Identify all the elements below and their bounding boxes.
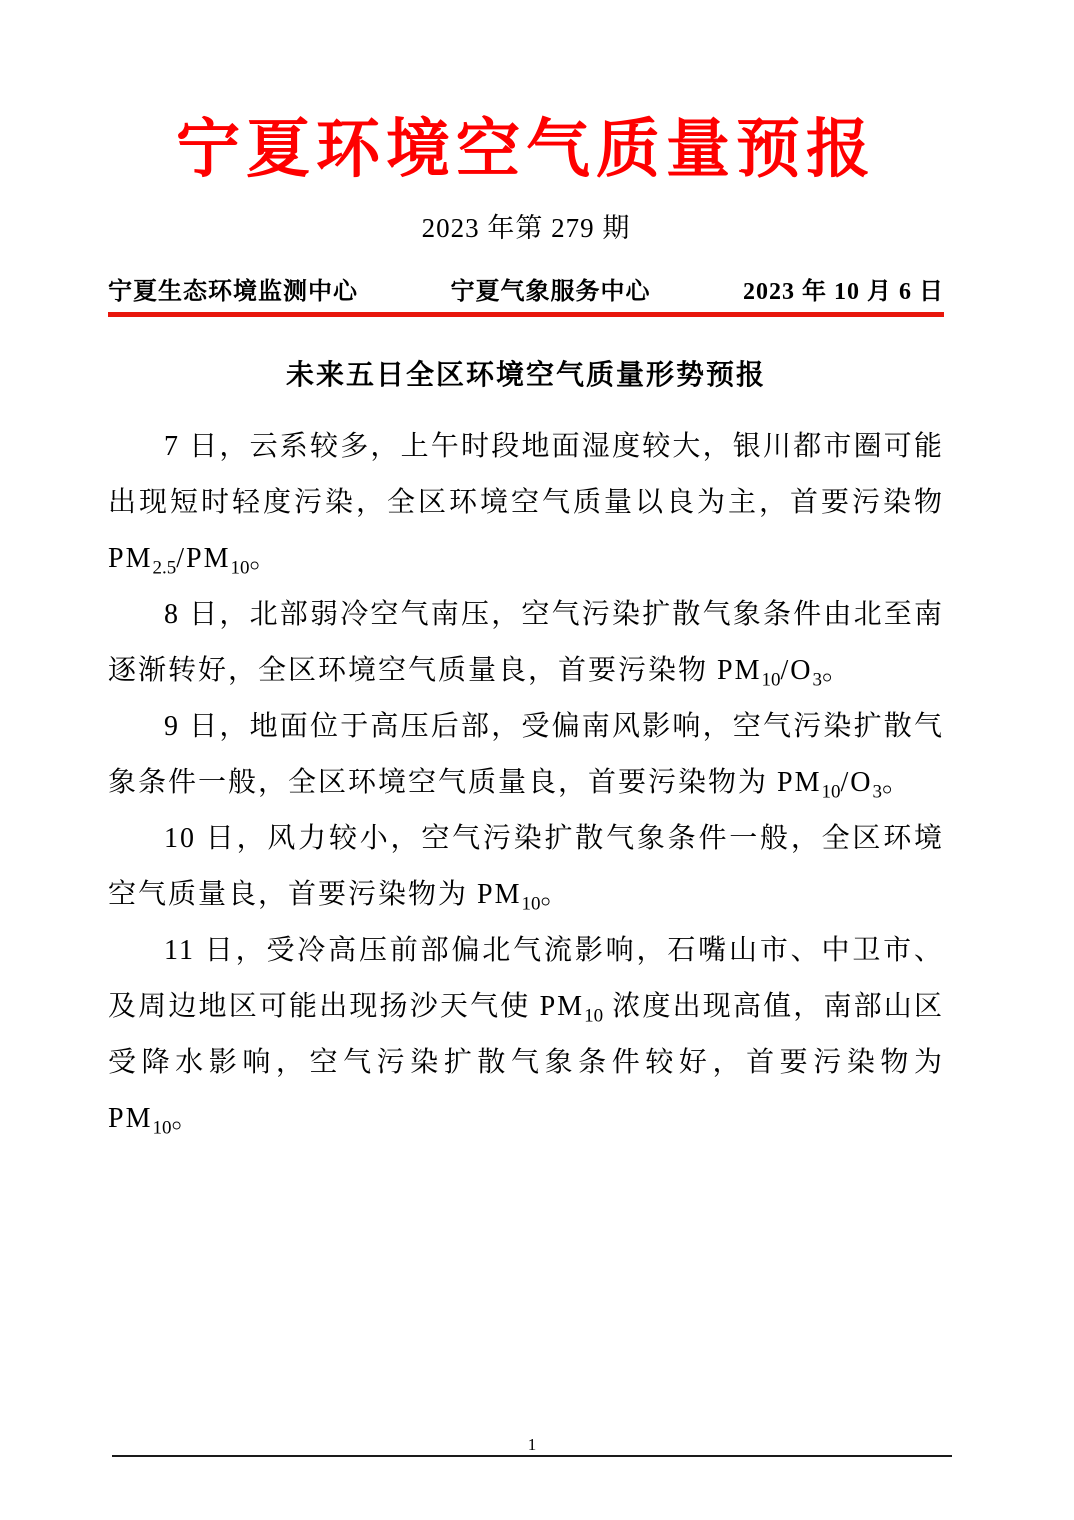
red-divider-rule	[108, 312, 944, 317]
body-paragraph: 9 日，地面位于高压后部，受偏南风影响，空气污染扩散气象条件一般，全区环境空气质…	[108, 699, 944, 811]
issue-date: 2023 年 10 月 6 日	[743, 271, 944, 306]
body-paragraph: 10 日，风力较小，空气污染扩散气象条件一般，全区环境空气质量良，首要污染物为 …	[108, 811, 944, 923]
issuer-header-row: 宁夏生态环境监测中心 宁夏气象服务中心 2023 年 10 月 6 日	[108, 271, 944, 306]
paragraphs: 7 日，云系较多，上午时段地面湿度较大，银川都市圈可能出现短时轻度污染，全区环境…	[108, 419, 944, 1147]
document-page: 宁夏环境空气质量预报 2023 年第 279 期 宁夏生态环境监测中心 宁夏气象…	[0, 0, 1074, 1520]
document-content: 宁夏环境空气质量预报 2023 年第 279 期 宁夏生态环境监测中心 宁夏气象…	[0, 0, 1074, 1147]
section-title: 未来五日全区环境空气质量形势预报	[108, 353, 944, 393]
body-paragraph: 11 日，受冷高压前部偏北气流影响，石嘴山市、中卫市、及周边地区可能出现扬沙天气…	[108, 923, 944, 1147]
body-paragraph: 8 日，北部弱冷空气南压，空气污染扩散气象条件由北至南逐渐转好，全区环境空气质量…	[108, 587, 944, 699]
footer-rule: 1	[112, 1435, 952, 1457]
issue-number: 2023 年第 279 期	[108, 206, 944, 245]
body-paragraph: 7 日，云系较多，上午时段地面湿度较大，银川都市圈可能出现短时轻度污染，全区环境…	[108, 419, 944, 587]
document-title: 宁夏环境空气质量预报	[108, 110, 944, 190]
issuer-left: 宁夏生态环境监测中心	[108, 271, 358, 306]
page-number: 1	[528, 1435, 537, 1455]
issuer-center: 宁夏气象服务中心	[451, 271, 651, 306]
